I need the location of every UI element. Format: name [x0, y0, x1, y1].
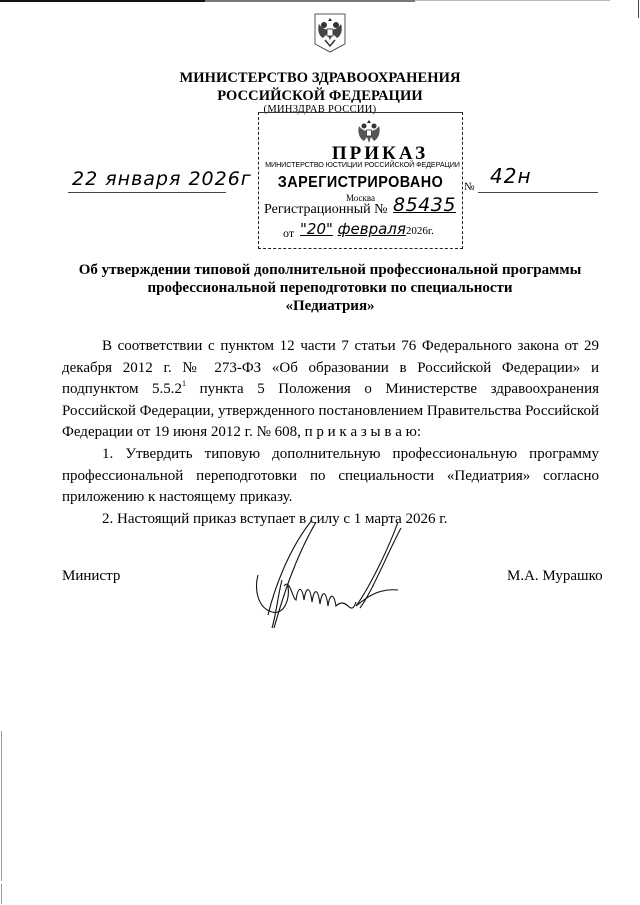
order-number-sign: № — [464, 181, 475, 193]
order-item-1: 1. Утвердить типовую дополнительную проф… — [62, 444, 599, 509]
reg-date-value: "20" февраля2026г. — [300, 220, 434, 238]
ministry-name-line2: РОССИЙСКОЙ ФЕДЕРАЦИИ — [0, 87, 640, 105]
order-title-line2: профессиональной переподготовки по специ… — [40, 279, 620, 297]
scan-top-edge — [415, 0, 610, 1]
scan-top-edge — [205, 0, 415, 2]
signatory-position: Министр — [62, 568, 120, 585]
ministry-name-line1: МИНИСТЕРСТВО ЗДРАВООХРАНЕНИЯ — [0, 69, 640, 87]
scan-left-edge — [1, 884, 2, 904]
reg-date-day: "20" — [300, 220, 333, 238]
order-number: 42н — [490, 164, 532, 188]
order-date-underline — [68, 192, 226, 193]
order-title-line3: «Педиатрия» — [40, 297, 620, 315]
signatory-name: М.А. Мурашко — [507, 568, 603, 585]
order-number-underline — [478, 192, 598, 193]
coat-of-arms-icon — [313, 12, 347, 54]
reg-number-label: Регистрационный № — [264, 202, 388, 218]
reg-date-month: февраля — [338, 220, 406, 238]
scan-left-edge — [1, 731, 2, 881]
stamp-authority: МИНИСТЕРСТВО ЮСТИЦИИ РОССИЙСКОЙ ФЕДЕРАЦИ… — [255, 160, 470, 169]
order-date: 22 января 2026г — [72, 168, 252, 190]
order-body: В соответствии с пунктом 12 части 7 стат… — [62, 336, 599, 530]
order-title-line1: Об утверждении типовой дополнительной пр… — [40, 261, 620, 279]
scan-top-edge — [0, 0, 205, 2]
preamble-paragraph: В соответствии с пунктом 12 части 7 стат… — [62, 336, 599, 444]
reg-date-year: 2026г. — [406, 225, 434, 237]
order-title: Об утверждении типовой дополнительной пр… — [40, 261, 620, 315]
stamp-status: ЗАРЕГИСТРИРОВАНО — [268, 174, 453, 192]
scan-right-edge — [638, 0, 639, 18]
reg-date-prefix: от — [283, 226, 294, 241]
handwritten-signature-icon — [238, 520, 408, 650]
reg-number-value: 85435 — [393, 194, 456, 216]
